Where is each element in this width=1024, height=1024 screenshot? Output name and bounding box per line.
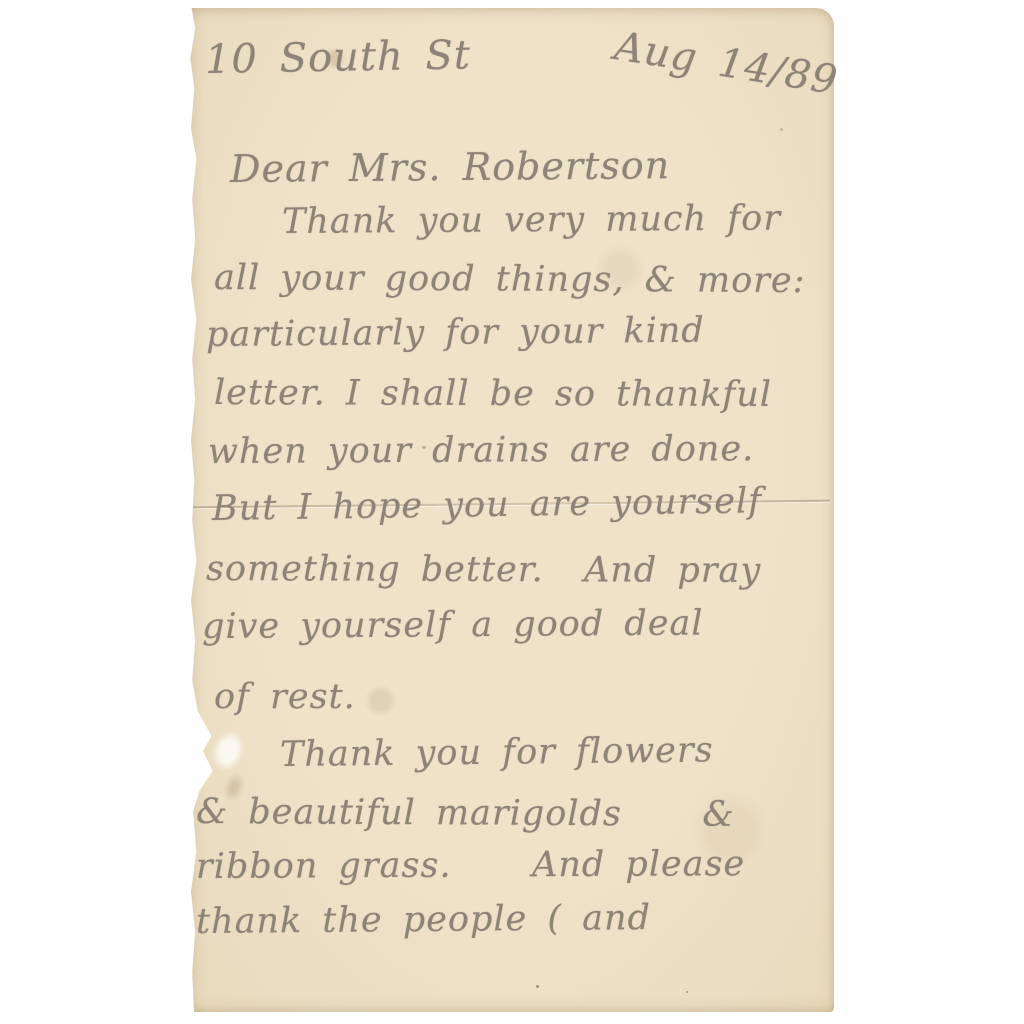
- letter-photo: 10 South St Aug 14/89 Dear Mrs. Robertso…: [183, 0, 848, 1024]
- address-line: 10 South St: [205, 35, 472, 80]
- letter-line: But I hope you are yourself: [212, 484, 763, 527]
- letter-line: when your drains are done.: [208, 432, 754, 470]
- letter-line: all your good things, & more:: [214, 261, 806, 299]
- letter-line: Thank you very much for: [282, 202, 781, 240]
- letter-line: give yourself a good deal: [202, 606, 704, 645]
- letter-line: thank the people ( and: [196, 901, 651, 940]
- letter-line: something better. And pray: [206, 552, 761, 589]
- letter-line: letter. I shall be so thankful: [214, 376, 772, 413]
- paper-speck: [686, 991, 688, 993]
- paper-speck: [780, 128, 783, 131]
- letter-line: of rest.: [214, 680, 356, 715]
- letter-line: Thank you for flowers: [280, 733, 714, 773]
- salutation-line: Dear Mrs. Robertson: [230, 146, 671, 188]
- letter-line: ribbon grass. And please: [196, 847, 745, 885]
- paper-speck: [536, 985, 539, 988]
- letter-line: & beautiful marigolds &: [196, 795, 735, 833]
- letter-line: particularly for your kind: [206, 314, 705, 353]
